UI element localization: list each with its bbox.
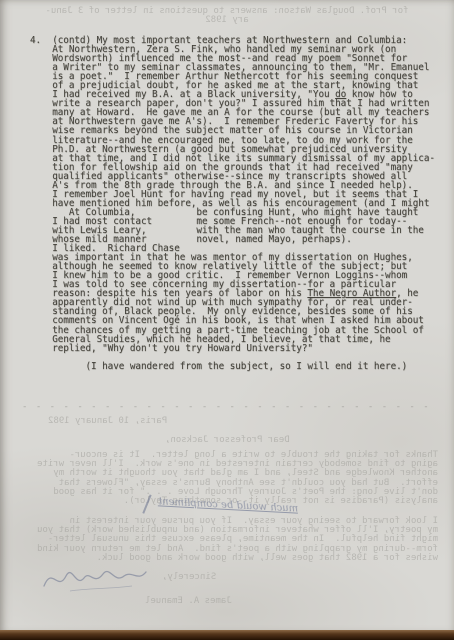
bleed-letter-closing: Sincerely, [162,573,216,582]
bleed-letter-salutation: Dear Professor Jackson, [165,436,290,445]
bleed-signature-name: James A. Emanuel [145,597,232,606]
typed-text: 4. (contd) My most important teachers at… [30,36,435,371]
bleed-letter-dateline: Paris, 10 January 1982 [48,417,167,426]
bleed-letter-body-2: I look forward to seeing your essay. If … [24,517,438,563]
bleed-divider-dashes: - - - - - - - - - - - - - - - - - - - - … [22,402,436,412]
bleed-top-note: for Prof. Douglas Watson: answers to que… [7,7,447,25]
bleed-letter-body-1: Thanks for taking the trouble to write a… [22,451,438,506]
screenshot-root: { "document": { "typed_lines": [ "4. (co… [0,0,454,640]
scanned-page: for Prof. Douglas Watson: answers to que… [0,0,454,631]
signature-ink [40,562,150,596]
desk-surface [0,630,454,640]
